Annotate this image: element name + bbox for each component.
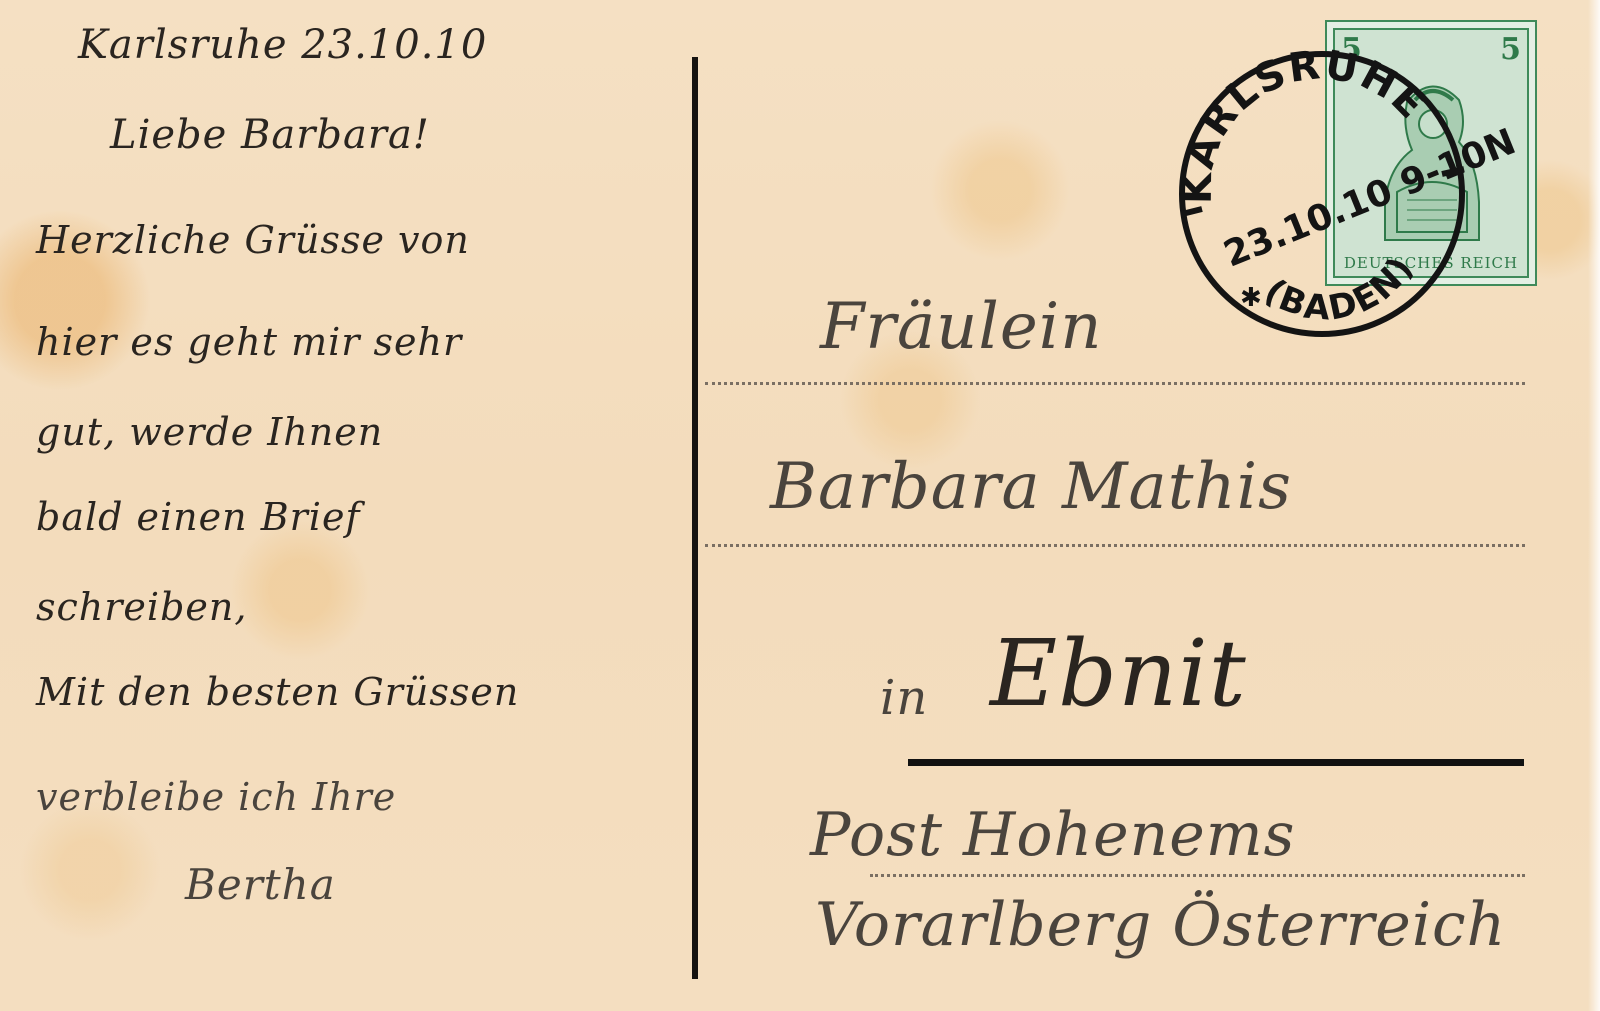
recipient-name: Barbara Mathis	[770, 450, 1292, 524]
address-underline	[908, 759, 1524, 766]
recipient-region: Vorarlberg Österreich	[815, 890, 1506, 960]
date-line: Karlsruhe 23.10.10	[78, 22, 487, 68]
address-guide-line	[870, 874, 1525, 877]
card-divider	[692, 57, 698, 979]
message-line: Herzliche Grüsse von	[36, 218, 470, 262]
message-line: schreiben,	[36, 585, 247, 629]
postmark-cancellation: KARLSRUHE (BADEN) 23.10.10 9-10N ✱	[1172, 44, 1472, 344]
message-line: bald einen Brief	[36, 495, 361, 539]
svg-text:(BADEN): (BADEN)	[1257, 249, 1422, 329]
message-line: hier es geht mir sehr	[36, 320, 462, 364]
message-line: gut, werde Ihnen	[36, 410, 383, 454]
salutation: Liebe Barbara!	[110, 112, 430, 158]
address-guide-line	[705, 544, 1525, 547]
svg-text:✱: ✱	[1240, 283, 1262, 313]
address-guide-line	[705, 382, 1525, 385]
place-prefix: in	[880, 670, 928, 726]
postmark-ring-icon: KARLSRUHE (BADEN) 23.10.10 9-10N ✱	[1172, 44, 1472, 344]
postcard-back: Karlsruhe 23.10.10 Liebe Barbara! Herzli…	[0, 0, 1600, 1011]
signature: Bertha	[185, 860, 336, 909]
recipient-title: Fräulein	[820, 290, 1102, 364]
message-line: Mit den besten Grüssen	[36, 670, 519, 714]
recipient-town: Ebnit	[990, 620, 1247, 727]
message-line: verbleibe ich Ihre	[36, 775, 396, 819]
stamp-denomination: 5	[1500, 32, 1521, 67]
recipient-post-office: Post Hohenems	[810, 800, 1295, 870]
